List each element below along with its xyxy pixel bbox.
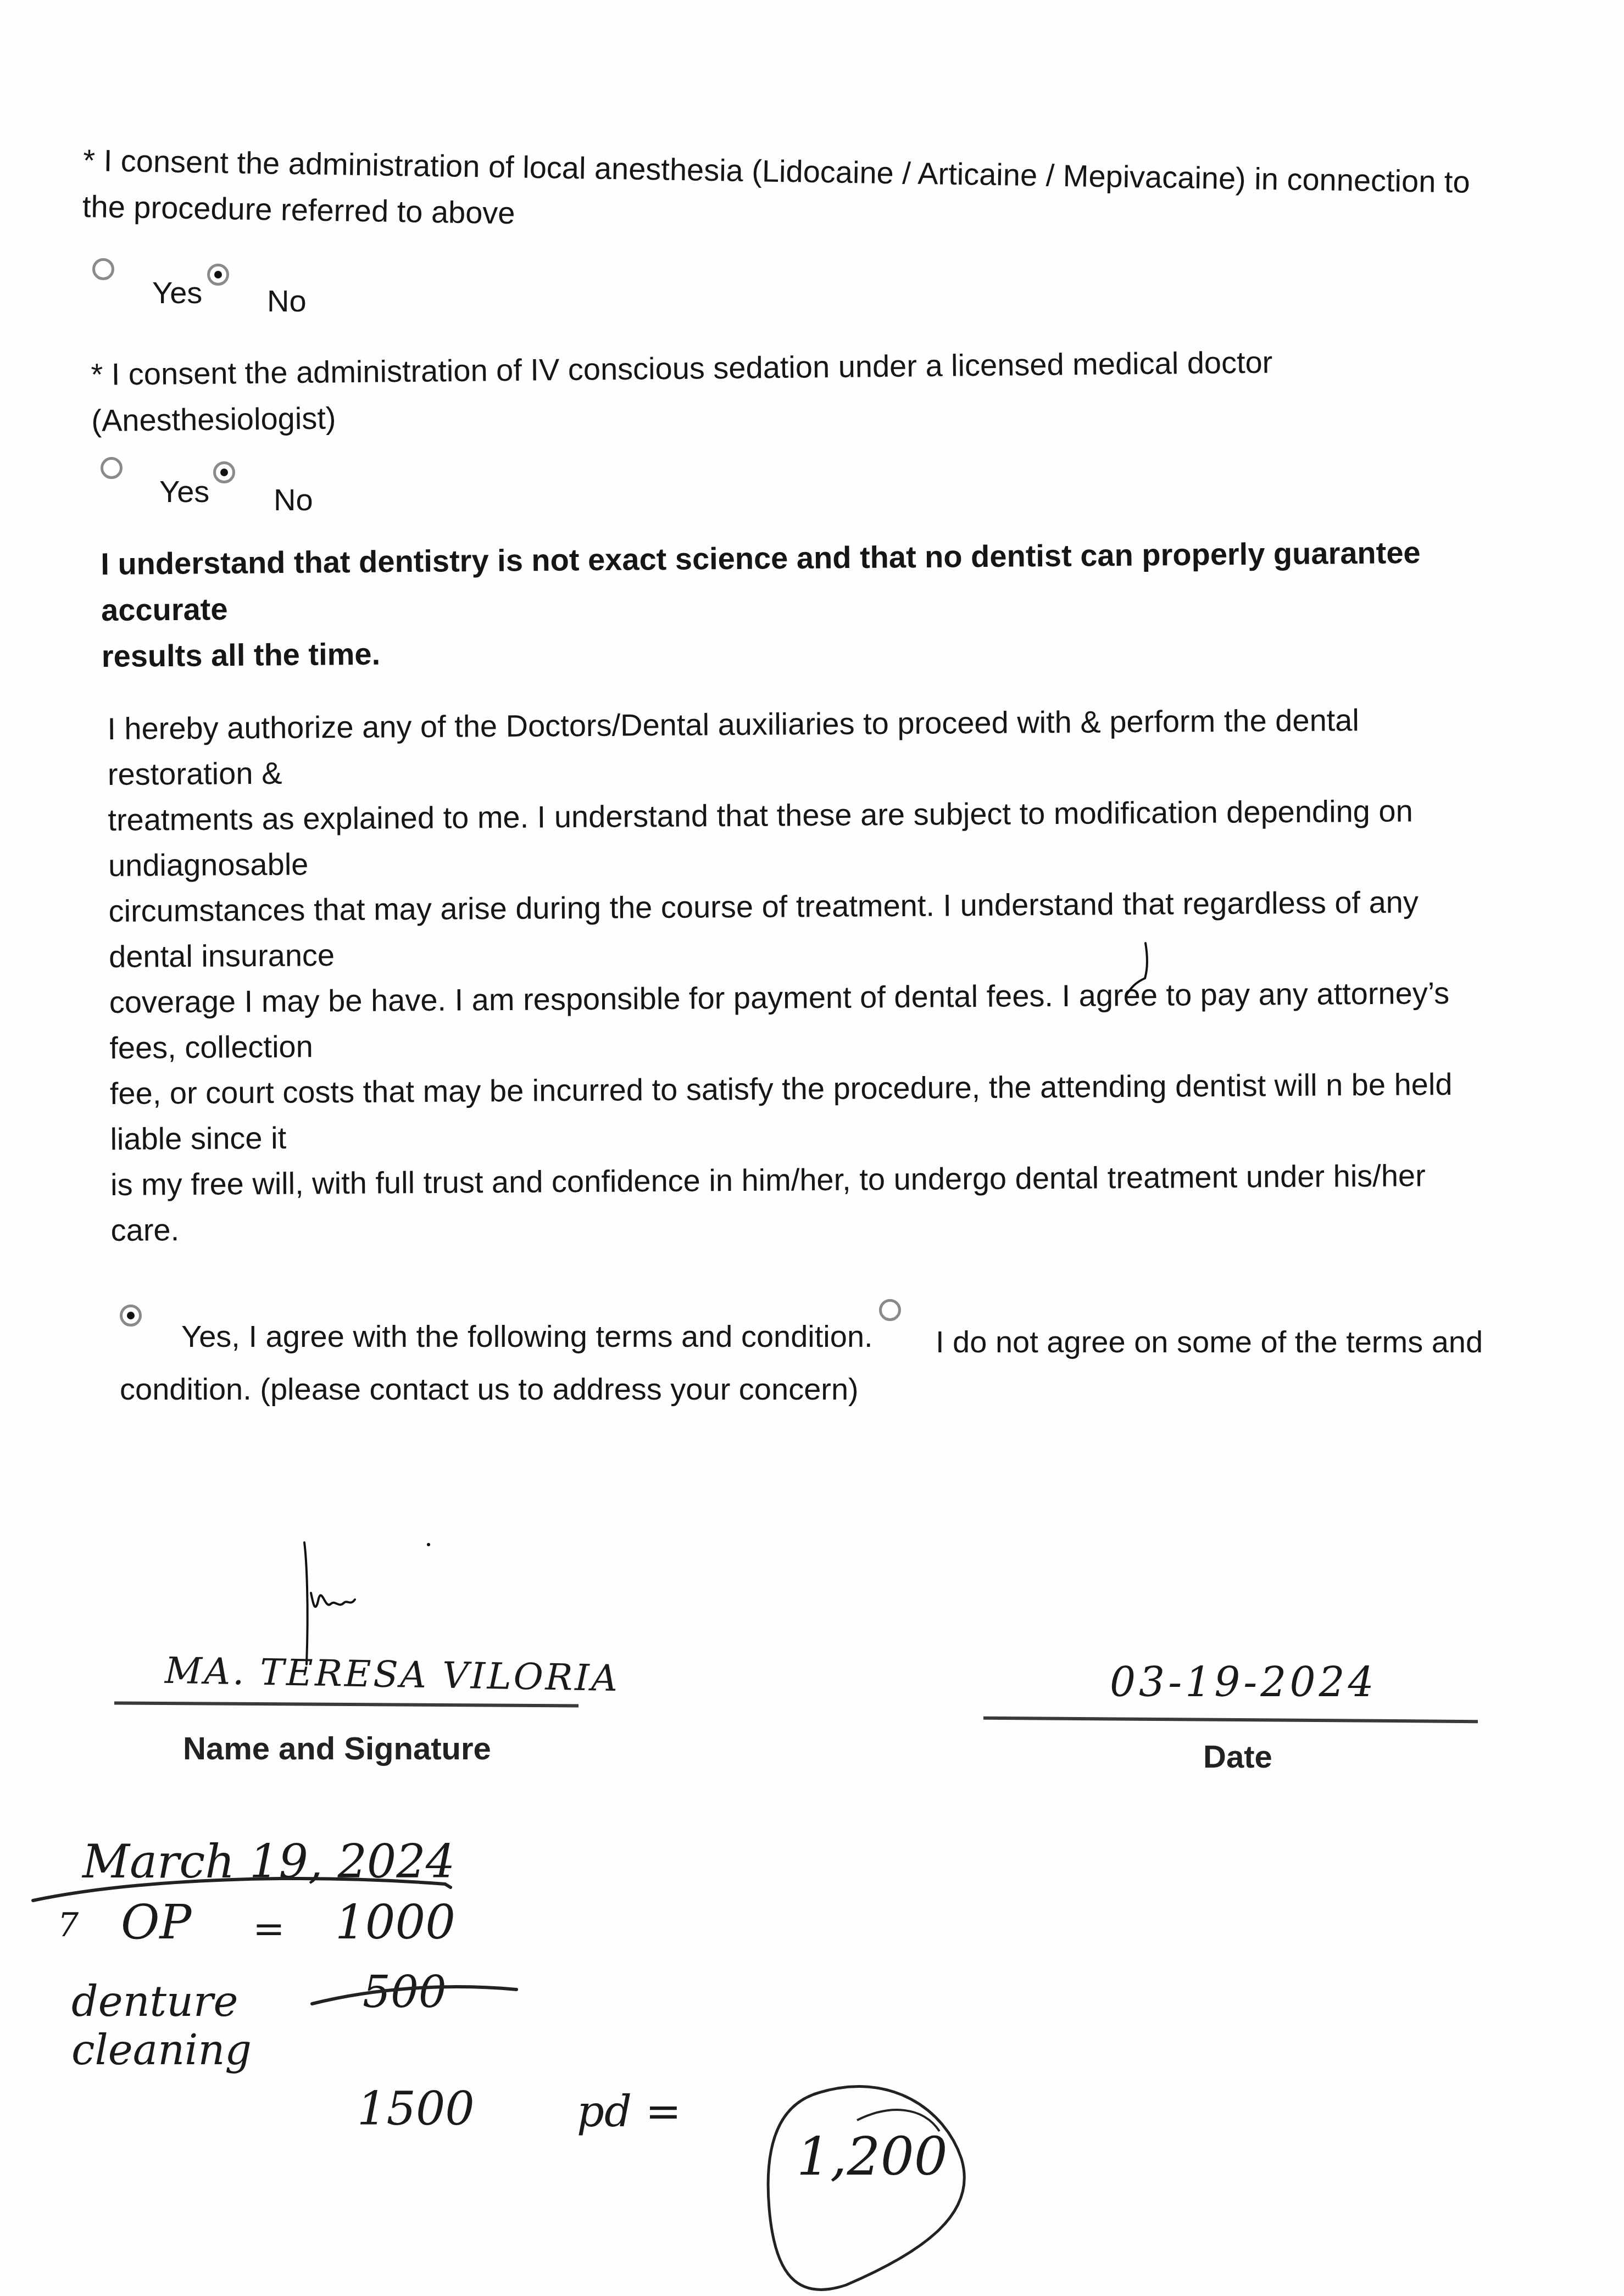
date-label: Date [1203, 1738, 1272, 1775]
local-anesthesia-no-label: No [267, 283, 307, 319]
notes-equals: = [253, 1906, 285, 1951]
iv-sedation-yes-label: Yes [159, 473, 209, 509]
authorization-paragraph: I hereby authorize any of the Doctors/De… [107, 696, 1517, 1253]
iv-sedation-no-radio[interactable] [213, 461, 235, 483]
signature-scribble-icon [297, 1538, 472, 1670]
signature-line [114, 1701, 579, 1707]
signature-label: Name and Signature [183, 1730, 491, 1767]
notes-item-amount: 1000 [335, 1895, 455, 1950]
iv-sedation-no-label: No [274, 482, 313, 517]
disclaimer-bold: I understand that dentistry is not exact… [101, 530, 1431, 679]
notes-paid-label: pd = [577, 2087, 681, 2137]
consent-form-page: * I consent the administration of local … [0, 0, 1624, 2296]
iv-sedation-question: * I consent the administration of IV con… [91, 338, 1355, 444]
date-handwritten: 03-19-2024 [1110, 1659, 1377, 1706]
notes-item-label: denture cleaning [71, 1977, 253, 2074]
local-anesthesia-question: * I consent the administration of local … [82, 137, 1489, 252]
local-anesthesia-no-radio[interactable] [207, 264, 229, 286]
disagree-radio[interactable] [879, 1299, 901, 1321]
date-line [983, 1717, 1478, 1723]
signature-name-handwritten: MA. TERESA VILORIA [164, 1649, 620, 1699]
notes-item-label: OP [121, 1895, 191, 1950]
notes-item-prefix: 7 [58, 1906, 79, 1944]
local-anesthesia-yes-label: Yes [152, 275, 202, 310]
handwritten-mark-icon [1121, 942, 1154, 997]
iv-sedation-yes-radio[interactable] [101, 457, 123, 479]
local-anesthesia-yes-radio[interactable] [92, 258, 114, 280]
disagree-label: I do not agree on some of the terms and … [120, 1318, 1526, 1413]
notes-total: 1500 [357, 2082, 475, 2136]
notes-sum-line [308, 1977, 527, 2010]
notes-paid-amount: 1,200 [797, 2126, 948, 2187]
